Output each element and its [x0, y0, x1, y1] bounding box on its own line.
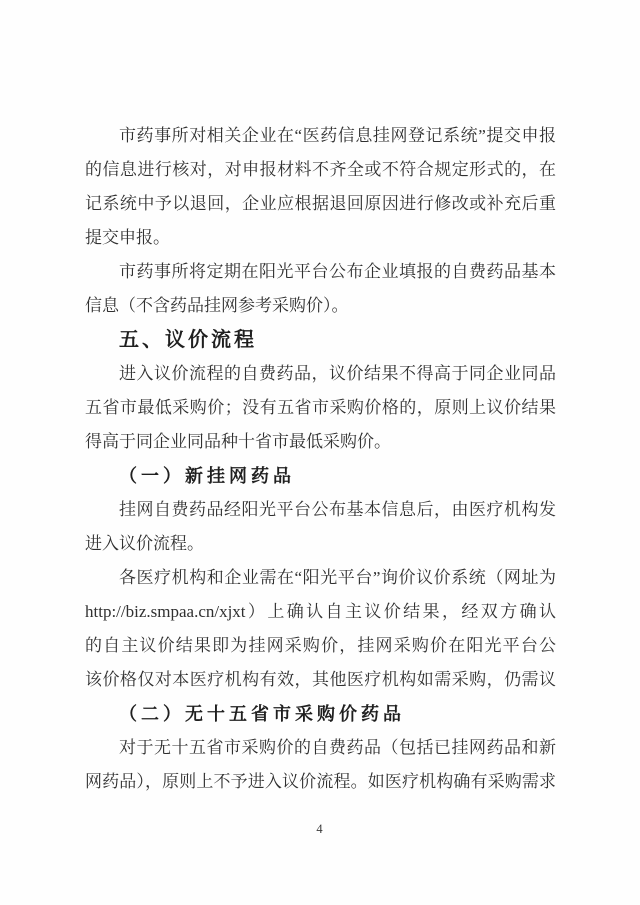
subsection-heading-new-listed-drugs: （一）新挂网药品 [85, 459, 556, 493]
paragraph-line: 得高于同企业同品种十省市最低采购价。 [85, 425, 556, 459]
page-number: 4 [0, 822, 640, 837]
subsection-heading-no-province-price-drugs: （二）无十五省市采购价药品 [85, 697, 556, 731]
document-body: 市药事所对相关企业在“医药信息挂网登记系统”提交申报 的信息进行核对，对申报材料… [85, 119, 556, 799]
paragraph-line: 记系统中予以退回，企业应根据退回原因进行修改或补充后重新 [85, 187, 556, 221]
paragraph-line: 市药事所对相关企业在“医药信息挂网登记系统”提交申报 [85, 119, 556, 153]
paragraph-line: 市药事所将定期在阳光平台公布企业填报的自费药品基本 [85, 255, 556, 289]
paragraph-line: 挂网自费药品经阳光平台公布基本信息后，由医疗机构发起 [85, 493, 556, 527]
paragraph-line: 进入议价流程。 [85, 527, 556, 561]
paragraph-line: 五省市最低采购价；没有五省市采购价格的，原则上议价结果不 [85, 391, 556, 425]
paragraph-line: 提交申报。 [85, 221, 556, 255]
paragraph-line: 该价格仅对本医疗机构有效，其他医疗机构如需采购，仍需议价。 [85, 663, 556, 697]
paragraph-line: 的自主议价结果即为挂网采购价，挂网采购价在阳光平台公开， [85, 629, 556, 663]
paragraph-line: 对于无十五省市采购价的自费药品（包括已挂网药品和新挂 [85, 731, 556, 765]
document-page: 市药事所对相关企业在“医药信息挂网登记系统”提交申报 的信息进行核对，对申报材料… [0, 0, 640, 905]
paragraph-line: 进入议价流程的自费药品，议价结果不得高于同企业同品种 [85, 357, 556, 391]
paragraph-line: 信息（不含药品挂网参考采购价）。 [85, 289, 556, 323]
paragraph-line: http://biz.smpaa.cn/xjxt）上确认自主议价结果，经双方确认 [85, 595, 556, 629]
paragraph-line: 网药品），原则上不予进入议价流程。如医疗机构确有采购需求 [85, 765, 556, 799]
section-heading-negotiation-process: 五、议价流程 [85, 323, 556, 357]
paragraph-line: 的信息进行核对，对申报材料不齐全或不符合规定形式的，在登 [85, 153, 556, 187]
paragraph-line: 各医疗机构和企业需在“阳光平台”询价议价系统（网址为 [85, 561, 556, 595]
